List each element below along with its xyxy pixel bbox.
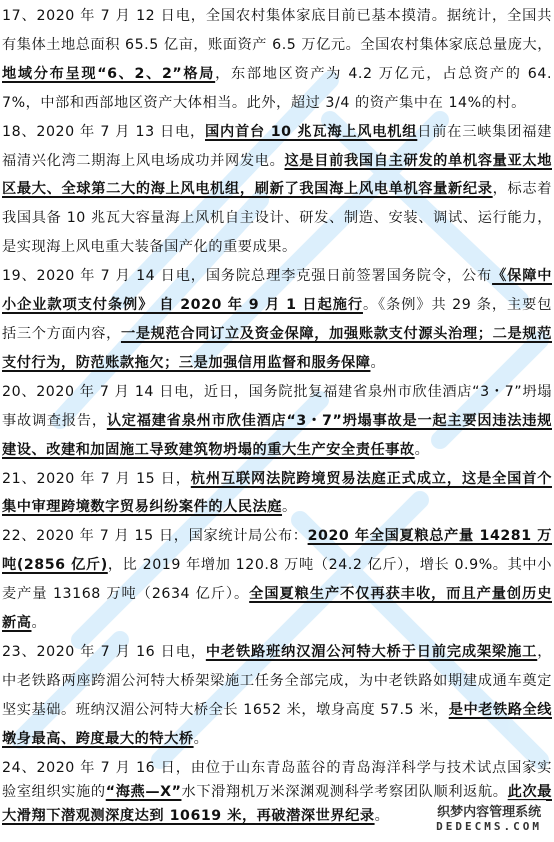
news-item-23: 23、2020 年 7 月 16 日电，中老铁路班纳汉湄公河特大桥于日前完成架梁… bbox=[2, 638, 552, 754]
news-item-20: 20、2020 年 7 月 14 日电，近日，国务院批复福建省泉州市欣佳酒店“3… bbox=[2, 378, 552, 465]
body-text: 。 bbox=[415, 442, 430, 458]
document-body: 17、2020 年 7 月 12 日电，全国农村集体家底目前已基本摸清。据统计，… bbox=[0, 0, 554, 828]
news-item-19: 19、2020 年 7 月 14 日电，国务院总理李克强日前签署国务院令，公布《… bbox=[2, 262, 552, 378]
body-text: 19、2020 年 7 月 14 日电，国务院总理李克强日前签署国务院令，公布 bbox=[2, 268, 492, 284]
body-text: 。 bbox=[194, 731, 209, 747]
news-item-21: 21、2020 年 7 月 15 日，杭州互联网法院跨境贸易法庭正式成立，这是全… bbox=[2, 465, 552, 523]
dedecms-watermark-badge: 织梦内容管理系统 DEDECMS.COM bbox=[432, 800, 546, 834]
body-text: 17、2020 年 7 月 12 日电，全国农村集体家底目前已基本摸清。据统计，… bbox=[2, 8, 552, 53]
news-item-22: 22、2020 年 7 月 15 日，国家统计局公布：2020 年全国夏粮总产量… bbox=[2, 522, 552, 638]
body-text: 21、2020 年 7 月 15 日， bbox=[2, 471, 191, 487]
body-text: 。 bbox=[31, 615, 46, 631]
body-text: 22、2020 年 7 月 15 日，国家统计局公布： bbox=[2, 528, 308, 544]
highlighted-text: “海燕—X” bbox=[106, 784, 182, 800]
badge-line-cn: 织梦内容管理系统 bbox=[436, 801, 542, 820]
news-item-17: 17、2020 年 7 月 12 日电，全国农村集体家底目前已基本摸清。据统计，… bbox=[2, 2, 552, 118]
highlighted-text: 地域分布呈现“6、2、2”格局 bbox=[2, 66, 215, 82]
highlighted-text: 国内首台 10 兆瓦海上风电机组 bbox=[205, 124, 417, 140]
body-text: 水下滑翔机万米深渊观测科学考察团队顺利返航。 bbox=[181, 784, 507, 800]
body-text: 18、2020 年 7 月 13 日电， bbox=[2, 124, 205, 140]
body-text: 。 bbox=[370, 355, 385, 371]
body-text: 。 bbox=[375, 808, 390, 824]
news-item-18: 18、2020 年 7 月 13 日电，国内首台 10 兆瓦海上风电机组日前在三… bbox=[2, 118, 552, 263]
highlighted-text: 中老铁路班纳汉湄公河特大桥于日前完成架梁施工 bbox=[206, 644, 537, 660]
body-text: 。 bbox=[282, 499, 297, 515]
badge-line-en: DEDECMS.COM bbox=[436, 820, 542, 833]
body-text: 23、2020 年 7 月 16 日电， bbox=[2, 644, 206, 660]
